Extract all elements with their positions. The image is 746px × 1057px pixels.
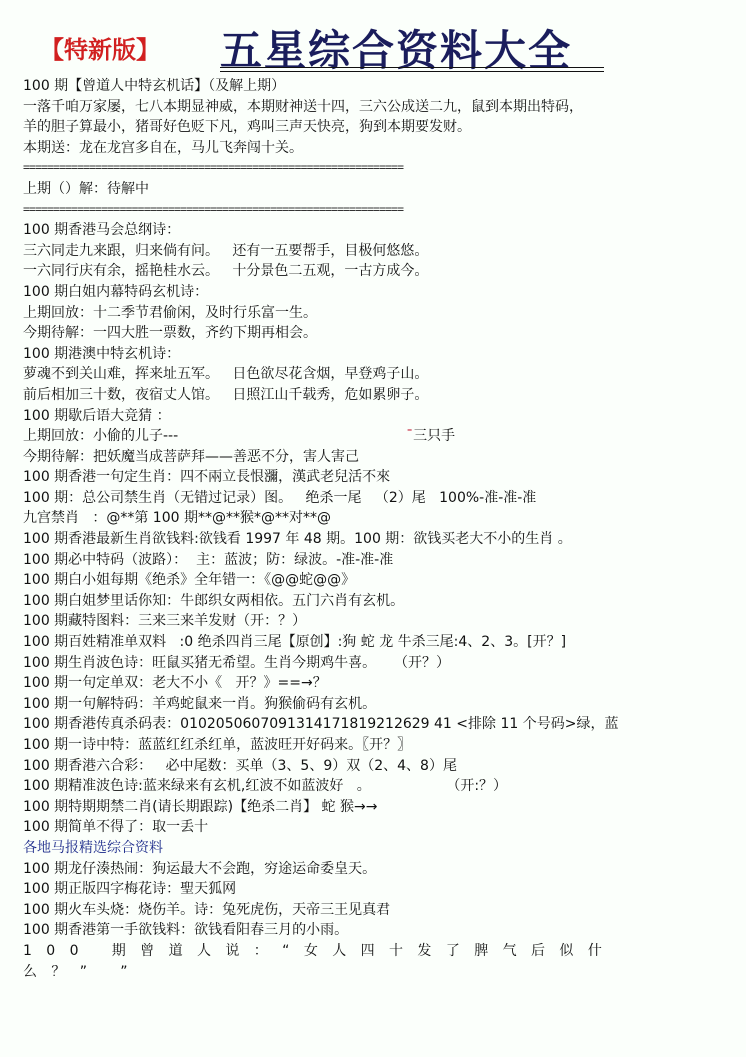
info-line: 100 期一诗中特：蓝蓝红红杀红单，蓝波旺开好码来。〖开？〗 bbox=[23, 735, 735, 756]
info-line: 100 期曾道人说：“女人四十发了脾气后似什么？” ” bbox=[23, 941, 663, 982]
title-underline bbox=[220, 67, 604, 68]
info-line: 100 期香港传真杀码表：010205060709131417181921262… bbox=[23, 714, 735, 735]
page-header: 【特新版】 五星综合资料大全 bbox=[0, 0, 746, 76]
document-body: 100 期【曾道人中特玄机话】（及解上期） 一落千咱万家屡，七八本期显神威，本期… bbox=[23, 76, 735, 982]
title-underline-double bbox=[220, 71, 604, 72]
info-line: 100 期百姓精准单双料 :0 绝杀四肖三尾【原创】:狗 蛇 龙 牛杀三尾:4、… bbox=[23, 632, 735, 653]
section-heading: 100 期白姐内幕特码玄机诗： bbox=[23, 282, 735, 303]
poem-line: 羊的胆子算最小，猪哥好色贬下凡，鸡叫三声天快亮，狗到本期要发财。 bbox=[23, 117, 735, 138]
riddle-question: 上期回放：小偷的儿子--- bbox=[23, 428, 178, 444]
info-line: 100 期必中特码（波路）： 主：蓝波；防：绿波。-准-准-准 bbox=[23, 550, 735, 571]
info-line: 100 期龙仔湊热闹：狗运最大不会跑，穷途运命委皇天。 bbox=[23, 859, 735, 880]
info-line: 100 期：总公司禁生肖（无错过记录）图。 绝杀一尾 （2）尾 100%-准-准… bbox=[23, 488, 735, 509]
edition-label: 【特新版】 bbox=[40, 30, 160, 65]
section-heading: 100 期香港马会总纲诗： bbox=[23, 220, 735, 241]
info-line: 100 期精准波色诗:蓝来绿来有玄机,红波不如蓝波好 。 （开:？） bbox=[23, 776, 735, 797]
riddle-answer: 三只手 bbox=[413, 428, 455, 444]
poem-line: 三六同走九来跟，归来倘有问。 还有一五要帮手，目极何悠悠。 bbox=[23, 241, 735, 262]
info-line: 100 期生肖波色诗：旺鼠买猪无希望。生肖今期鸡牛喜。 （开？） bbox=[23, 653, 735, 674]
poem-line: 一六同行庆有余，摇艳桂水云。 十分景色二五观，一古方成今。 bbox=[23, 261, 735, 282]
info-line: 100 期特期期禁二肖(请长期跟踪)【绝杀二肖】 蛇 猴→→ bbox=[23, 797, 735, 818]
info-line: 100 期香港六合彩： 必中尾数：买单（3、5、9）双（2、4、8）尾 bbox=[23, 756, 735, 777]
poem-line: 前后相加三十数，夜宿丈人馆。 日照江山千载秀，危如累卵子。 bbox=[23, 385, 735, 406]
info-line: 100 期正版四字梅花诗：聖天狐网 bbox=[23, 879, 735, 900]
info-line: 100 期香港第一手欲钱料：欲钱看阳春三月的小雨。 bbox=[23, 920, 735, 941]
separator: ========================================… bbox=[23, 200, 473, 221]
info-line: 100 期白小姐每期《绝杀》全年错一：《@@蛇@@》 bbox=[23, 570, 735, 591]
section-title: 各地马报精选综合资料 bbox=[23, 838, 735, 859]
last-issue-answer: 上期（）解：待解中 bbox=[23, 179, 735, 200]
poem-line: 上期回放：十二季节君偷闲，及时行乐富一生。 bbox=[23, 303, 735, 324]
info-line: 100 期一句解特码：羊鸡蛇鼠来一肖。狗猴偷码有玄机。 bbox=[23, 694, 735, 715]
info-line: 100 期香港最新生肖欲钱料:欲钱看 1997 年 48 期。100 期：欲钱买… bbox=[23, 529, 735, 550]
riddle-line: 今期待解：把妖魔当成菩萨拜——善恶不分，害人害己 bbox=[23, 447, 735, 468]
section-heading: 100 期歇后语大竞猜 ： bbox=[23, 406, 735, 427]
section-heading: 100 期港澳中特玄机诗： bbox=[23, 344, 735, 365]
poem-line: 本期送：龙在龙宫多自在，马儿飞奔闯十关。 bbox=[23, 138, 735, 159]
info-line: 九宫禁肖 ：@**第 100 期**@**猴*@**对**@ bbox=[23, 508, 735, 529]
poem-line: 萝魂不到关山难，挥来址五军。 日色欲尽花含烟，早登鸡子山。 bbox=[23, 364, 735, 385]
info-line: 100 期藏特图料：三来三来羊发财（开：？） bbox=[23, 611, 735, 632]
info-line: 100 期香港一句定生肖：四不兩立長恨瀰，漢武老兒活不來 bbox=[23, 467, 735, 488]
info-line: 100 期简单不得了：取一丢十 bbox=[23, 817, 735, 838]
info-line: 100 期火车头烧：烧伤羊。诗：兔死虎伤，天帝三王见真君 bbox=[23, 900, 735, 921]
riddle-replay: 上期回放：小偷的儿子---ˉ三只手 bbox=[23, 426, 735, 447]
intro-heading: 100 期【曾道人中特玄机话】（及解上期） bbox=[23, 76, 735, 97]
info-line: 100 期白姐梦里话你知：牛郎织女两相依。五门六肖有玄机。 bbox=[23, 591, 735, 612]
separator: ========================================… bbox=[23, 158, 473, 179]
info-line: 100 期一句定单双：老大不小《 开？》==→？ bbox=[23, 673, 735, 694]
poem-line: 今期待解：一四大胜一票数，齐约下期再相会。 bbox=[23, 323, 735, 344]
page-title: 五星综合资料大全 bbox=[220, 18, 572, 78]
poem-line: 一落千咱万家屡，七八本期显神威，本期财神送十四，三六公成送二九，鼠到本期出特码， bbox=[23, 97, 638, 118]
